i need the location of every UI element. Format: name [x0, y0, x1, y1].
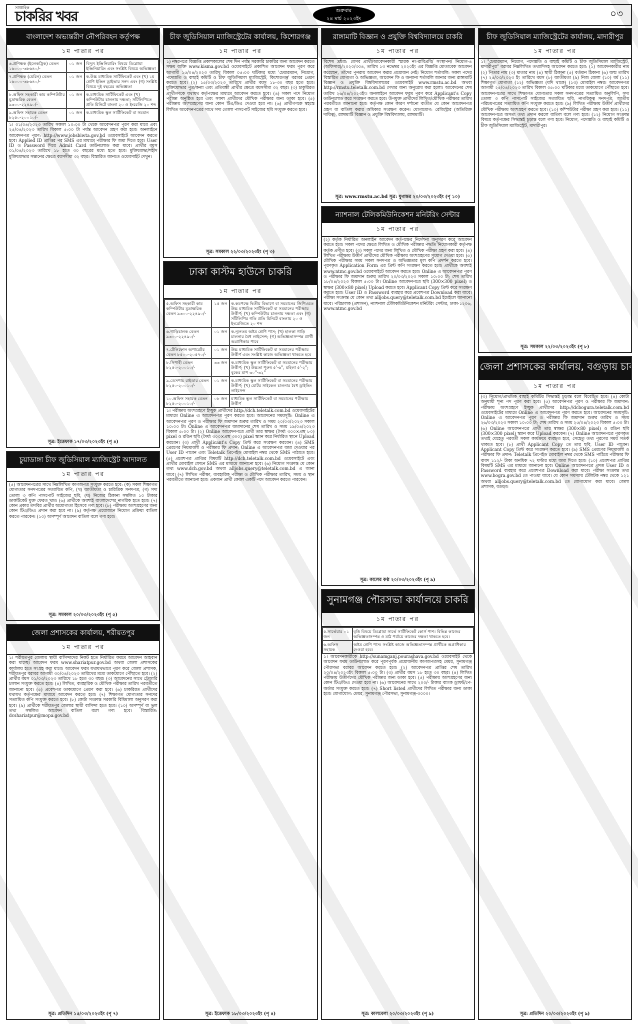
section-body: ১) নম্বরপত্রে বিজ্ঞপ্তি প্রকাশকালের শেষ …	[164, 59, 316, 248]
posts-table: ৬.প্রশিক্ষক (ইলেকট্রিক) বেতন ১৬০০০-৩৮৬৪০…	[7, 59, 159, 122]
column-1: বাংলাদেশ অভ্যন্তরীণ নৌপরিবহন কর্তৃপক্ষ ১…	[6, 28, 160, 1020]
req-cell: ক.মাধ্যমিক স্কুল সার্টিফিকেট বা সমমানের …	[230, 359, 316, 377]
section-subtitle: ১ম পাতার পর	[164, 285, 316, 299]
post-cell: ৯.ডেসপাচ রাইডার বেতন ৮২৫০-২০০১০/-	[165, 377, 212, 395]
req-cell: বিদ্যুৎ ইঞ্জিনিয়ারিং বিষয়ে ডিপ্লোমা ইঞ…	[85, 60, 159, 73]
date: ২৪ মার্চ ২০২৩ইং	[313, 15, 375, 23]
post-cell: ৬.অফিস সহায়ক	[322, 641, 352, 654]
table-row: ৮.অফিস সহকারী কাম কম্পিউটার মুদ্রাক্ষরিক…	[8, 91, 159, 109]
day: শুক্রবার	[313, 7, 375, 15]
section-ntmc: ন্যাশনাল টেলিকমিউনিকেশন মনিটরিং সেন্টার …	[321, 206, 475, 586]
count-cell: ০১ জন	[212, 328, 230, 346]
source-footer: সূত্র: সমকাল ২০/০৩/২০২৩ইং (পৃ ৫)	[7, 611, 159, 620]
source-footer: সূত্র: সমকাল ২২/০৩/২০২৩ইং (পৃ ৮)	[479, 343, 631, 352]
req-cell: অষ্টম শ্রেণি পাস। সংশ্লিষ্ট কাজে অভিজ্ঞত…	[352, 641, 473, 654]
source-footer: সূত্র: প্রতিদিন ২০/০৩/২০২৩ইং (পৃ ৯)	[479, 1010, 631, 1019]
source-footer: সূত্র: কালবেলা ২০/০৩/২০২৩ইং (পৃ ৯)	[322, 1010, 474, 1019]
table-row: ৭.প্রশিক্ষক (মেরিন) বেতন ১৬০০০-৩৮৬৪০/-০১…	[8, 73, 159, 91]
masthead: সাপ্তাহিক চাকরির খবর শুক্রবার ২৪ মার্চ ২…	[6, 4, 632, 26]
req-cell: মাধ্যমিক স্কুল সার্টিফিকেট বা সমমানের পর…	[230, 395, 316, 408]
post-cell: ৭.প্রশিক্ষক (মেরিন) বেতন ১৬০০০-৩৮৬৪০/-	[8, 73, 67, 91]
section-body: ১। "চেয়ারম্যান, নিয়োগ, পদোন্নতি ও বাছা…	[479, 59, 631, 343]
count-cell: ০১ জন	[212, 377, 230, 395]
table-row: ৮.সিপাহী বেতন ৮২৫০-২০০১০/-৩৩ জনক.মাধ্যমি…	[165, 359, 316, 377]
post-cell: ৯.অফিস সহায়ক বেতন ৮২৫০-২০০১০/-	[8, 109, 67, 122]
section-title: সুনামগঞ্জ পৌরসভা কার্যালয়ে চাকরি	[322, 590, 474, 613]
post-cell: ৬.গাড়িচালক বেতন ৯৩০০-২২৪৯০/-	[165, 328, 212, 346]
req-cell: ক.মাধ্যমিক সার্টিফিকেট এবং (খ) কম্পিউটার…	[85, 91, 159, 109]
table-row: ৯.ডেসপাচ রাইডার বেতন ৮২৫০-২০০১০/-০১ জনক.…	[165, 377, 316, 395]
table-row: ১০.অফিস সহায়ক বেতন ৮২৫০-২০০১০/-০৮ জনমাধ…	[165, 395, 316, 408]
count-cell: ০১ জন	[67, 109, 85, 122]
post-cell: ৮.অফিস সহকারী কাম কম্পিউটার মুদ্রাক্ষরিক…	[8, 91, 67, 109]
section-body: ১। শরীয়তপুর জেলায় স্থায়ী বাসিন্দাদের …	[7, 655, 159, 1010]
column-4: চীফ জুডিসিয়াল ম্যাজিস্ট্রেটের কার্যালয়…	[478, 28, 632, 1020]
post-cell: ৫.অফিস সহকারী কাম কম্পিউটার মুদ্রাক্ষরিক…	[165, 300, 212, 328]
section-sunamganj: সুনামগঞ্জ পৌরসভা কার্যালয়ে চাকরি ১ম পাত…	[321, 589, 475, 1020]
section-title: ন্যাশনাল টেলিকমিউনিকেশন মনিটরিং সেন্টার	[322, 207, 474, 223]
req-cell: ক.ন্যূনতম অষ্টম শ্রেণি পাস; (খ) হালকা গা…	[230, 328, 316, 346]
section-body: (২) কর্তৃক নির্ধারিত অনলাইন আবেদন কর্তৃপ…	[322, 237, 474, 576]
section-dhaka-custom: ঢাকা কাস্টম হাউসে চাকরি ১ম পাতার পর ৫.অফ…	[163, 261, 317, 1020]
source-footer: সূত্র: সমকাল ২২/০৩/২০২৩ইং (পৃ ৩)	[164, 248, 316, 257]
page-number: ০৩	[610, 7, 623, 24]
count-cell: ১৫ জন	[212, 300, 230, 328]
source-footer: সূত্র: www.rmstu.ac.bd সূত্র: যুগান্তর ২…	[322, 193, 474, 202]
section-subtitle: ১ম পাতার পর	[479, 380, 631, 394]
section-madaripur: চীফ জুডিসিয়াল ম্যাজিস্ট্রেটের কার্যালয়…	[478, 28, 632, 353]
table-row: ৬.অফিস সহায়কঅষ্টম শ্রেণি পাস। সংশ্লিষ্ট…	[322, 641, 473, 654]
section-subtitle: ১ম পাতার পর	[322, 223, 474, 237]
req-cell: ক.কমপক্ষে দ্বিতীয় বিভাগে বা সমমানের জিপ…	[230, 300, 316, 328]
date-badge: শুক্রবার ২৪ মার্চ ২০২৩ইং	[313, 6, 375, 24]
section-bogura: জেলা প্রশাসকের কার্যালয়, বগুড়ায় চাকরি…	[478, 356, 632, 1020]
source-footer: সূত্র: ইত্তেফাক ১৮/০৩/২০২৩ইং (পৃ ৪)	[164, 1010, 316, 1019]
section-subtitle: ১ম পাতার পর	[7, 468, 159, 482]
post-cell: ৮.সিপাহী বেতন ৮২৫০-২০০১০/-	[165, 359, 212, 377]
section-subtitle: ১ম পাতার পর	[322, 613, 474, 627]
source-footer: সূত্র: প্রতিদিন ১৫/০৩/২০২৩ইং (পৃ ৭)	[7, 1010, 159, 1019]
section-subtitle: ১ম পাতার পর	[7, 45, 159, 59]
section-rangamati: রাঙ্গামাটি বিজ্ঞান ও প্রযুক্তি বিশ্ববিদ্…	[321, 28, 475, 203]
source-footer: সূত্র: ইত্তেফাক ১৭/০৩/২০২৩ইং (পৃ ৪)	[7, 438, 159, 447]
posts-table: ৫.সার্ভেয়ার ০১ জনবৃত্তি বিষয়ে ডিপ্লোমা…	[322, 627, 474, 654]
section-kishoreganj: চীফ জুডিসিয়াল ম্যাজিস্ট্রেটের কার্যালয়…	[163, 28, 317, 258]
req-cell: বৃত্তি বিষয়ে ডিপ্লোমা সার্ভে সার্টিফিকে…	[352, 628, 473, 641]
post-cell: ৬.প্রশিক্ষক (ইলেকট্রিক) বেতন ১৬০০০-৩৮৬৪০…	[8, 60, 67, 73]
section-body: বিশেষ দ্রষ্টব্য: যেসব প্রার্থী/আবেদনকারী…	[322, 59, 474, 193]
posts-table: ৫.অফিস সহকারী কাম কম্পিউটার মুদ্রাক্ষরিক…	[164, 299, 316, 408]
section-title: জেলা প্রশাসকের কার্যালয়, শরীয়তপুর	[7, 625, 159, 641]
source-footer: সূত্র: কালের কণ্ঠ ২০/০৩/২০২৩ইং (পৃ ৯)	[322, 576, 474, 585]
section-subtitle: ১ম পাতার পর	[164, 45, 316, 59]
count-cell: ৩৩ জন	[212, 359, 230, 377]
columns: বাংলাদেশ অভ্যন্তরীণ নৌপরিবহন কর্তৃপক্ষ ১…	[6, 28, 632, 1020]
section-body: ১। আবেদনকারীকে http://sunamganj.pourasha…	[322, 654, 474, 1010]
table-row: ৫.অফিস সহকারী কাম কম্পিউটার মুদ্রাক্ষরিক…	[165, 300, 316, 328]
column-2: চীফ জুডিসিয়াল ম্যাজিস্ট্রেটের কার্যালয়…	[163, 28, 317, 1020]
count-cell: ০১ জন	[67, 73, 85, 91]
section-biwta: বাংলাদেশ অভ্যন্তরীণ নৌপরিবহন কর্তৃপক্ষ ১…	[6, 28, 160, 448]
count-cell: ০১ জন	[67, 91, 85, 109]
section-title: বাংলাদেশ অভ্যন্তরীণ নৌপরিবহন কর্তৃপক্ষ	[7, 29, 159, 45]
section-title: ঢাকা কাস্টম হাউসে চাকরি	[164, 262, 316, 285]
section-body: ১। ০১/০৪/২০২৩ তারিখ সকাল ১০:০০ টা থেকে আ…	[7, 122, 159, 438]
count-cell: ০১ জন	[67, 60, 85, 73]
logo: সাপ্তাহিক চাকরির খবর	[15, 6, 77, 24]
column-3: রাঙ্গামাটি বিজ্ঞান ও প্রযুক্তি বিশ্ববিদ্…	[321, 28, 475, 1020]
table-row: ৭.টেলিফোন অপারেটর বেতন ৮৫০০-২০৫৭০/-০১ জন…	[165, 346, 316, 359]
post-cell: ৭.টেলিফোন অপারেটর বেতন ৮৫০০-২০৫৭০/-	[165, 346, 212, 359]
count-cell: ০১ জন	[212, 346, 230, 359]
table-row: ৫.সার্ভেয়ার ০১ জনবৃত্তি বিষয়ে ডিপ্লোমা…	[322, 628, 473, 641]
section-body: (৫) আবেদনপত্রের সাথে নিম্নলিখিত কাগজপত্র…	[7, 482, 159, 611]
section-chuadanga: চুয়াডাঙ্গা চীফ জুডিসিয়াল ম্যাজিস্ট্রেট…	[6, 451, 160, 621]
req-cell: ক.মাধ্যমিক স্কুল সার্টিফিকেট বা সমমানের …	[230, 377, 316, 395]
post-cell: ৫.সার্ভেয়ার ০১ জন	[322, 628, 352, 641]
section-title: চীফ জুডিসিয়াল ম্যাজিস্ট্রেটের কার্যালয়…	[479, 29, 631, 45]
section-subtitle: ১ম পাতার পর	[322, 45, 474, 59]
section-title: চুয়াডাঙ্গা চীফ জুডিসিয়াল ম্যাজিস্ট্রেট…	[7, 452, 159, 468]
section-title: চীফ জুডিসিয়াল ম্যাজিস্ট্রেটের কার্যালয়…	[164, 29, 316, 45]
section-title: রাঙ্গামাটি বিজ্ঞান ও প্রযুক্তি বিশ্ববিদ্…	[322, 29, 474, 45]
req-cell: উচ্চ মাধ্যমিক সার্টিফিকেট বা সমমানের পরী…	[230, 346, 316, 359]
table-row: ৬.প্রশিক্ষক (ইলেকট্রিক) বেতন ১৬০০০-৩৮৬৪০…	[8, 60, 159, 73]
req-cell: ক.উচ্চ মাধ্যমিক সার্টিফিকেট এবং (খ) ১ম শ…	[85, 73, 159, 91]
section-title: জেলা প্রশাসকের কার্যালয়, বগুড়ায় চাকরি	[479, 357, 631, 380]
table-row: ৯.অফিস সহায়ক বেতন ৮২৫০-২০০১০/-০১ জনক.মা…	[8, 109, 159, 122]
post-cell: ১০.অফিস সহায়ক বেতন ৮২৫০-২০০১০/-	[165, 395, 212, 408]
table-row: ৬.গাড়িচালক বেতন ৯৩০০-২২৪৯০/-০১ জনক.ন্যূ…	[165, 328, 316, 346]
count-cell: ০৮ জন	[212, 395, 230, 408]
req-cell: ক.মাধ্যমিক স্কুল সার্টিফিকেট বা সমমান	[85, 109, 159, 122]
section-subtitle: ১ম পাতার পর	[7, 641, 159, 655]
section-body: ১। পরীক্ষায় অংশগ্রহণে ইচ্ছুক প্রার্থীদে…	[164, 408, 316, 1010]
section-shariatpur: জেলা প্রশাসকের কার্যালয়, শরীয়তপুর ১ম প…	[6, 624, 160, 1020]
section-subtitle: ১ম পাতার পর	[479, 45, 631, 59]
logo-text: চাকরির খবর	[15, 9, 77, 25]
section-body: (৩) নিয়োগ/প্রাথমিক বাছাই কমিটির সিদ্ধান…	[479, 394, 631, 1010]
